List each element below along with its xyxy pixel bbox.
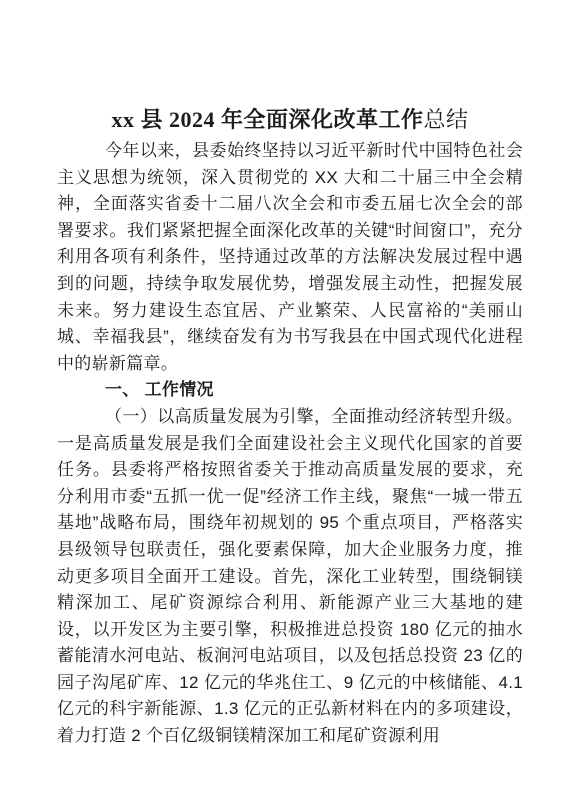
document-title-tail: 总结 (424, 107, 469, 132)
document-title-main: xx 县 2024 年全面深化改革工作 (111, 107, 423, 132)
section-heading-work-overview: 一、 工作情况 (57, 377, 523, 404)
document-page: xx 县 2024 年全面深化改革工作总结 今年以来，县委始终坚持以习近平新时代… (0, 0, 570, 807)
paragraph-section-one: （一）以高质量发展为引擎，全面推动经济转型升级。一是高质量发展是我们全面建设社会… (57, 404, 523, 750)
document-content: xx 县 2024 年全面深化改革工作总结 今年以来，县委始终坚持以习近平新时代… (57, 104, 523, 750)
document-title: xx 县 2024 年全面深化改革工作总结 (57, 104, 523, 136)
paragraph-intro: 今年以来，县委始终坚持以习近平新时代中国特色社会主义思想为统领，深入贯彻党的 X… (57, 138, 523, 377)
